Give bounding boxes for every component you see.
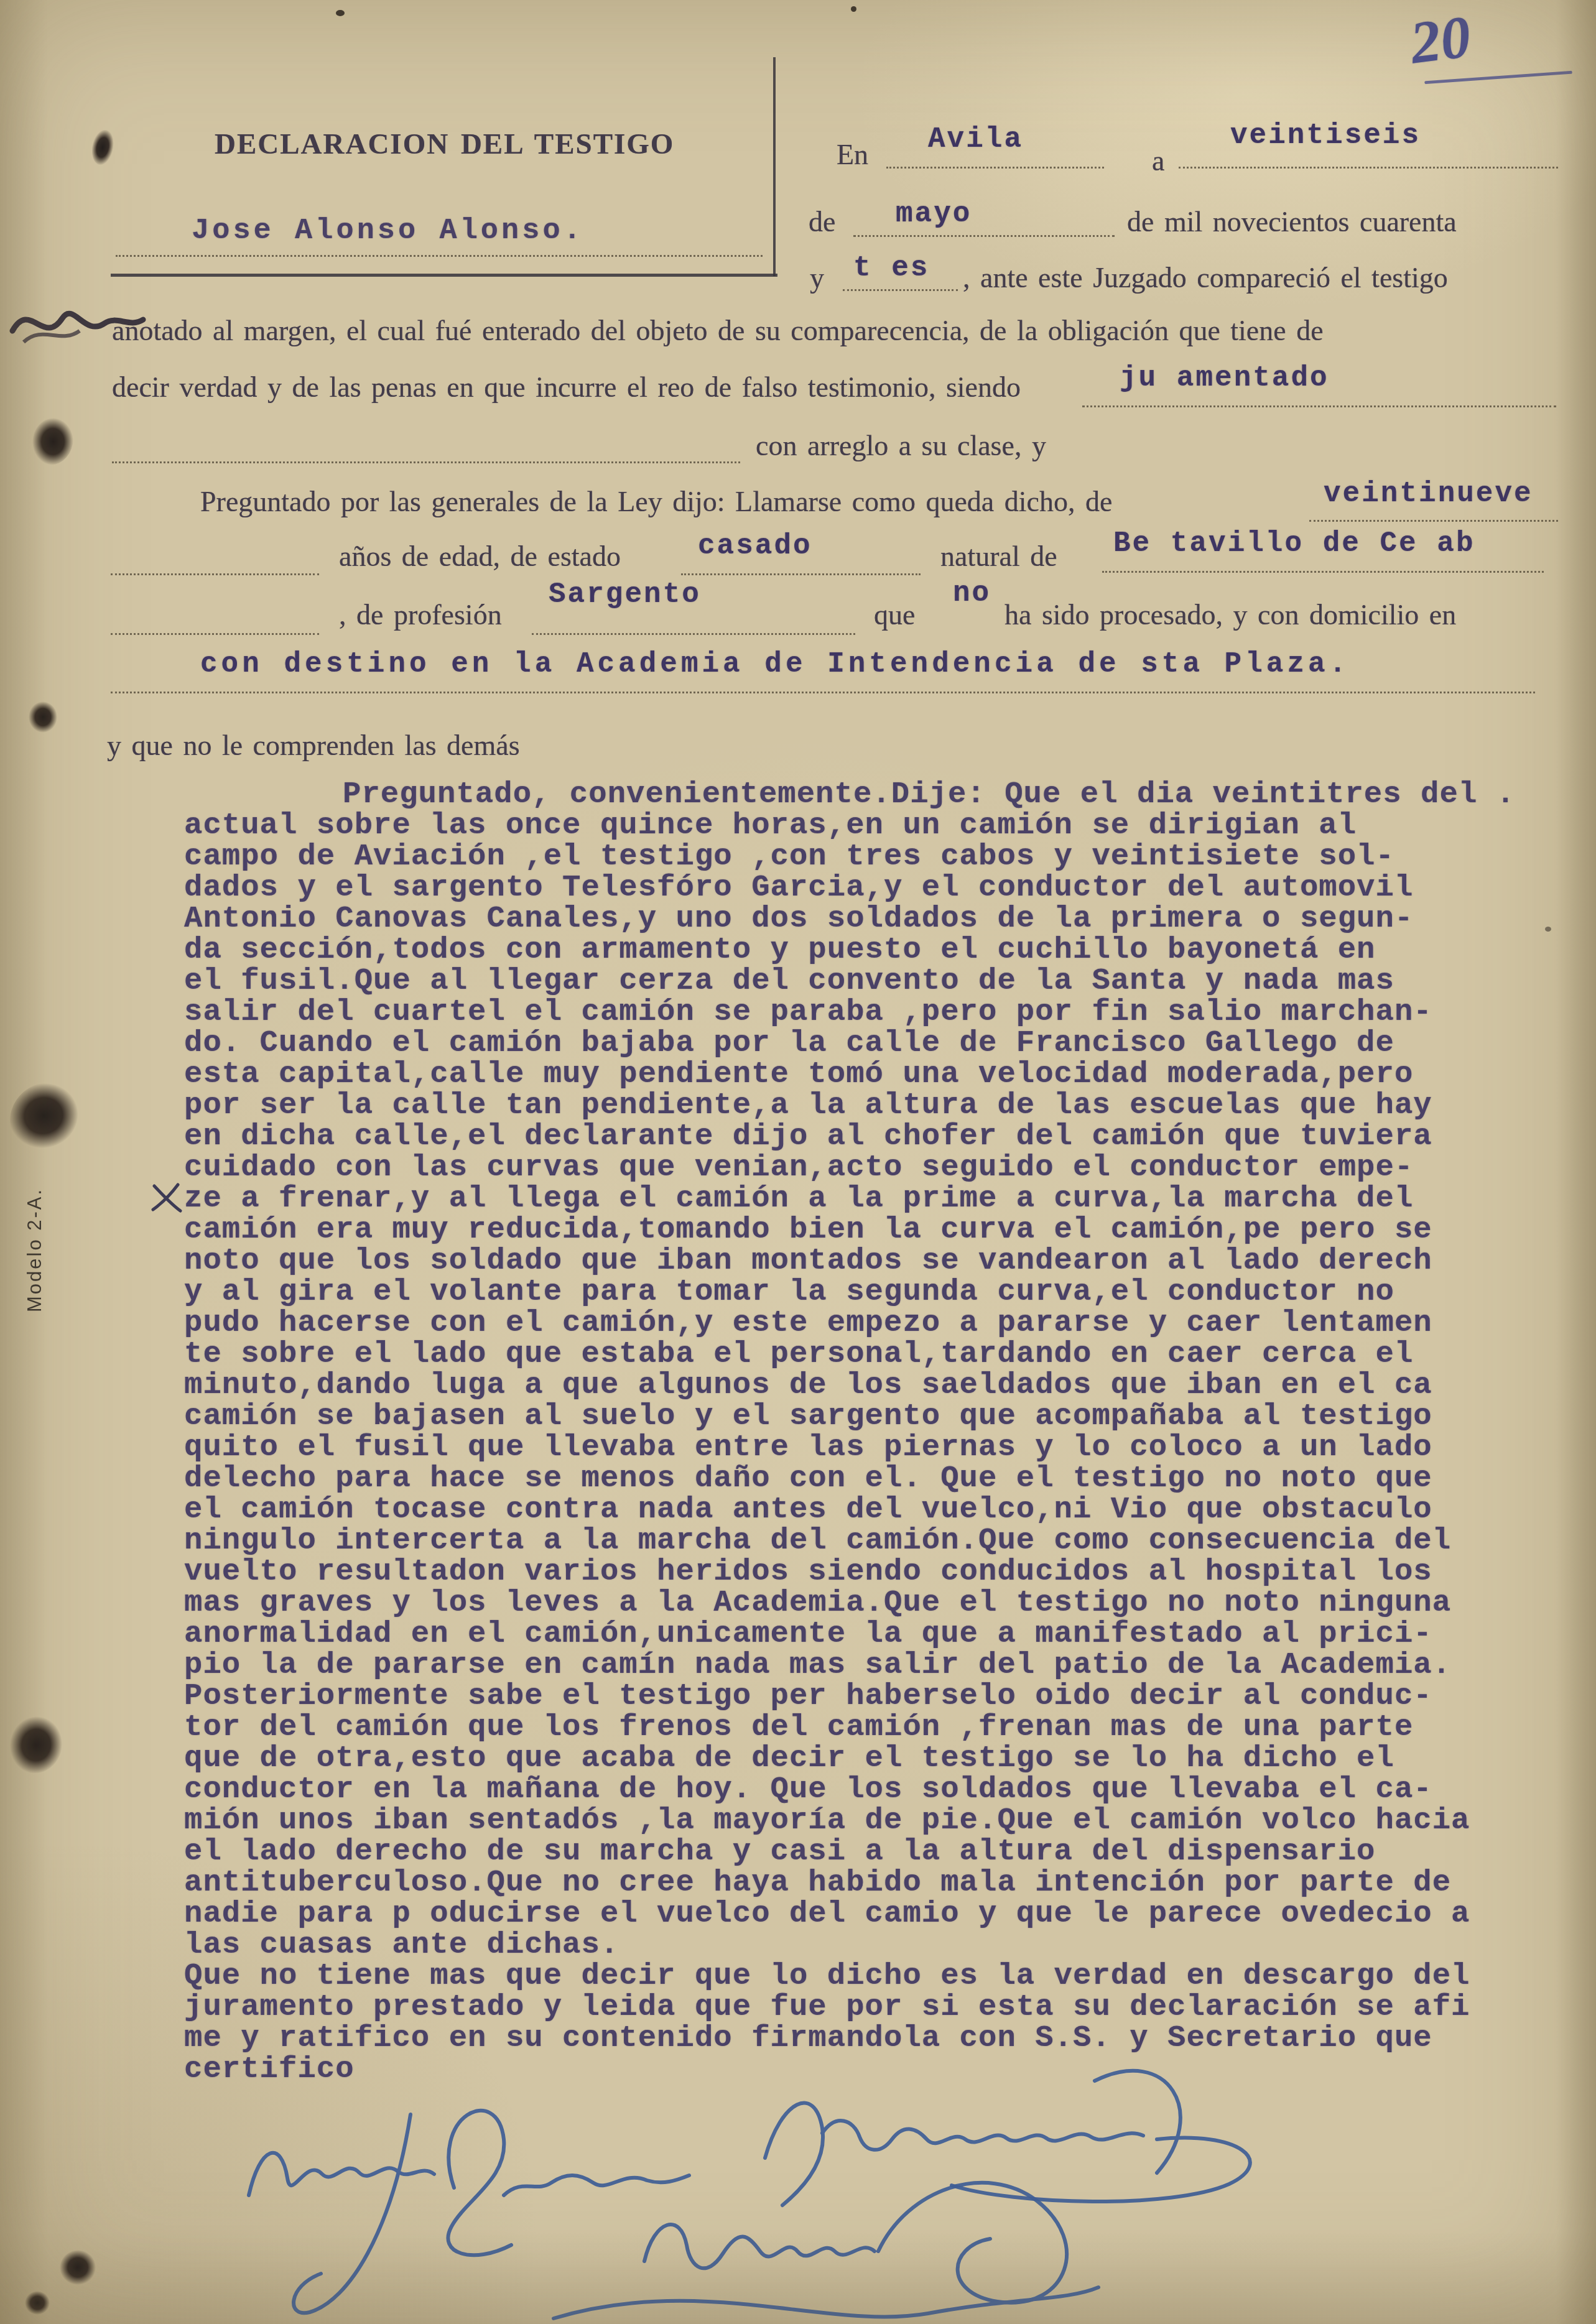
para-prof-line1: [532, 633, 855, 635]
form-place-value: Avila: [928, 123, 1023, 155]
body-line: dados y el sargento Telesfóro Garcia,y e…: [184, 872, 1565, 903]
para-class: con arreglo a su clase, y: [756, 429, 1046, 462]
form-en-label: En: [837, 138, 868, 171]
form-y-label: y: [810, 261, 824, 294]
paper-hole-left-upper: [32, 418, 73, 465]
page-number: 20: [1407, 2, 1475, 78]
signature-secretary: [554, 2183, 1098, 2318]
para-demas: y que no le comprenden las demás: [107, 729, 520, 762]
form-juzgado-printed: , ante este Juzgado compareció el testig…: [963, 261, 1448, 294]
form-month-value: mayo: [896, 198, 972, 230]
witness-name-underline: [116, 255, 763, 257]
margin-x-mark: [148, 1178, 185, 1216]
body-line: te sobre el lado que estaba el personal,…: [184, 1338, 1565, 1369]
body-line: pudo hacerse con el camión,y este empezo…: [184, 1307, 1565, 1338]
body-line: esta capital,calle muy pendiente tomó un…: [184, 1058, 1565, 1090]
body-line: Posteriormente sabe el testigo per haber…: [184, 1680, 1565, 1711]
body-line: da sección,todos con armamento y puesto …: [184, 934, 1565, 965]
para-destino-value: con destino en la Academia de Intendenci…: [200, 648, 1350, 680]
body-line: y al gira el volante para tomar la segun…: [184, 1276, 1565, 1307]
body-line: actual sobre las once quince horas,en un…: [184, 810, 1565, 841]
para-natural: natural de: [940, 540, 1057, 573]
para-margin-note: anotado al margen, el cual fué enterado …: [112, 314, 1324, 347]
body-line: anormalidad en el camión,unicamente la q…: [184, 1618, 1565, 1649]
body-line: cuidado con las curvas que venian,acto s…: [184, 1152, 1565, 1183]
para-edad: años de edad, de estado: [339, 540, 621, 573]
header-box-vertical-rule: [773, 57, 776, 276]
body-line: nadie para p oducirse el vuelco del cami…: [184, 1898, 1565, 1929]
body-line: noto que los soldado que iban montados s…: [184, 1245, 1565, 1276]
paper-tear-left: [2, 1076, 85, 1155]
para-oath-value: ju amentado: [1120, 362, 1329, 394]
body-line: tor del camión que los frenos del camión…: [184, 1711, 1565, 1743]
para-natural-value: Be tavillo de Ce ab: [1113, 527, 1475, 560]
para-prof: , de profesión: [339, 598, 502, 631]
para-edad-line0: [111, 573, 319, 575]
para-procesado: ha sido procesado, y con domicilio en: [1004, 598, 1456, 631]
para-estado-value: casado: [698, 530, 812, 562]
para-destino-line: [111, 692, 1535, 693]
body-line: en dicha calle,el declarante dijo al cho…: [184, 1121, 1565, 1152]
body-line: mas graves y los leves a la Academia.Que…: [184, 1587, 1565, 1618]
paper-hole-bottom: [60, 2250, 96, 2285]
body-line: antituberculoso.Que no cree haya habido …: [184, 1867, 1565, 1898]
body-line: quito el fusil que llevaba entre las pie…: [184, 1432, 1565, 1463]
body-line: campo de Aviación ,el testigo ,con tres …: [184, 841, 1565, 872]
body-line: mión unos iban sentadós ,la mayoría de p…: [184, 1805, 1565, 1836]
form-year-line: [843, 289, 958, 291]
para-prof-value: Sargento: [549, 578, 701, 611]
header-box-bottom-rule: [111, 274, 777, 277]
body-line: camión se bajasen al suelo y el sargento…: [184, 1400, 1565, 1432]
body-line: por ser la calle tan pendiente,a la altu…: [184, 1090, 1565, 1121]
para-estado-line: [681, 573, 921, 575]
signatures: [205, 2040, 1337, 2324]
form-de-label: de: [809, 205, 835, 238]
margin-ink-scrawl: [5, 287, 148, 368]
body-line: Antonio Canovas Canales,y uno dos soldad…: [184, 903, 1565, 934]
form-month-line: [853, 235, 1115, 237]
body-line: camión era muy reducida,tomando bien la …: [184, 1214, 1565, 1245]
body-line: salir del cuartel el camión se paraba ,p…: [184, 996, 1565, 1027]
body-line: minuto,dando luga a que algunos de los s…: [184, 1369, 1565, 1400]
body-line: el fusil.Que al llegar cerza del convent…: [184, 965, 1565, 996]
body-line: Preguntado, convenientemente.Dije: Que e…: [184, 779, 1565, 810]
body-line: las cuasas ante dichas.: [184, 1929, 1565, 1960]
paper-hole-bottom-2: [25, 2291, 50, 2315]
signature-judge: [249, 2111, 689, 2313]
body-line: juramento prestado y leida que fue por s…: [184, 1991, 1565, 2022]
para-oath: decir verdad y de las penas en que incur…: [112, 371, 1021, 404]
para-oath-line: [1082, 405, 1556, 407]
speck-top-2: [851, 6, 856, 12]
para-que: que: [874, 598, 915, 631]
document-page: 20 DECLARACION DEL TESTIGO Jose Alonso A…: [0, 0, 1596, 2324]
paper-hole-left-lower: [6, 1713, 66, 1777]
body-line: el camión tocase contra nada antes del v…: [184, 1494, 1565, 1525]
form-year-printed: de mil novecientos cuarenta: [1127, 205, 1457, 238]
body-line: el lado derecho de su marcha y casi a la…: [184, 1836, 1565, 1867]
para-natural-line: [1102, 571, 1544, 573]
para-generales: Preguntado por las generales de la Ley d…: [200, 485, 1112, 518]
para-prof-line0: [111, 633, 319, 635]
body-line: pio la de pararse en camín nada mas sali…: [184, 1649, 1565, 1680]
body-line: delecho para hace se menos daño con el. …: [184, 1463, 1565, 1494]
body-line: vuelto resultadon varios heridos siendo …: [184, 1556, 1565, 1587]
para-procesado-value: no: [953, 577, 991, 609]
form-day-line: [1179, 167, 1558, 169]
body-line: do. Cuando el camión bajaba por la calle…: [184, 1027, 1565, 1058]
body-line: ze a frenar,y al llega el camión a la pr…: [184, 1183, 1565, 1214]
paper-hole-left-mid: [29, 701, 57, 733]
body-line: ningulo intercerta a la marcha del camió…: [184, 1525, 1565, 1556]
body-lines: Preguntado, convenientemente.Dije: Que e…: [184, 779, 1565, 2085]
speck-top-1: [336, 10, 345, 16]
para-class-line: [112, 461, 740, 463]
form-day-value: veintiseis: [1230, 119, 1421, 152]
para-generales-line: [1309, 520, 1558, 522]
margin-model-label: Modelo 2-A.: [24, 1188, 46, 1312]
speck-mid: [1545, 927, 1551, 932]
body-line: conductor en la mañana de hoy. Que los s…: [184, 1774, 1565, 1805]
form-place-line: [886, 167, 1104, 169]
form-title: DECLARACION DEL TESTIGO: [215, 127, 674, 161]
form-a-label: a: [1152, 144, 1164, 177]
form-year-value: t es: [853, 252, 929, 284]
witness-name: Jose Alonso Alonso.: [192, 215, 584, 248]
body-line: que de otra,esto que acaba de decir el t…: [184, 1743, 1565, 1774]
ink-blot-header: [88, 127, 116, 167]
para-generales-value: veintinueve: [1324, 478, 1533, 510]
body-line: Que no tiene mas que decir que lo dicho …: [184, 1960, 1565, 1991]
